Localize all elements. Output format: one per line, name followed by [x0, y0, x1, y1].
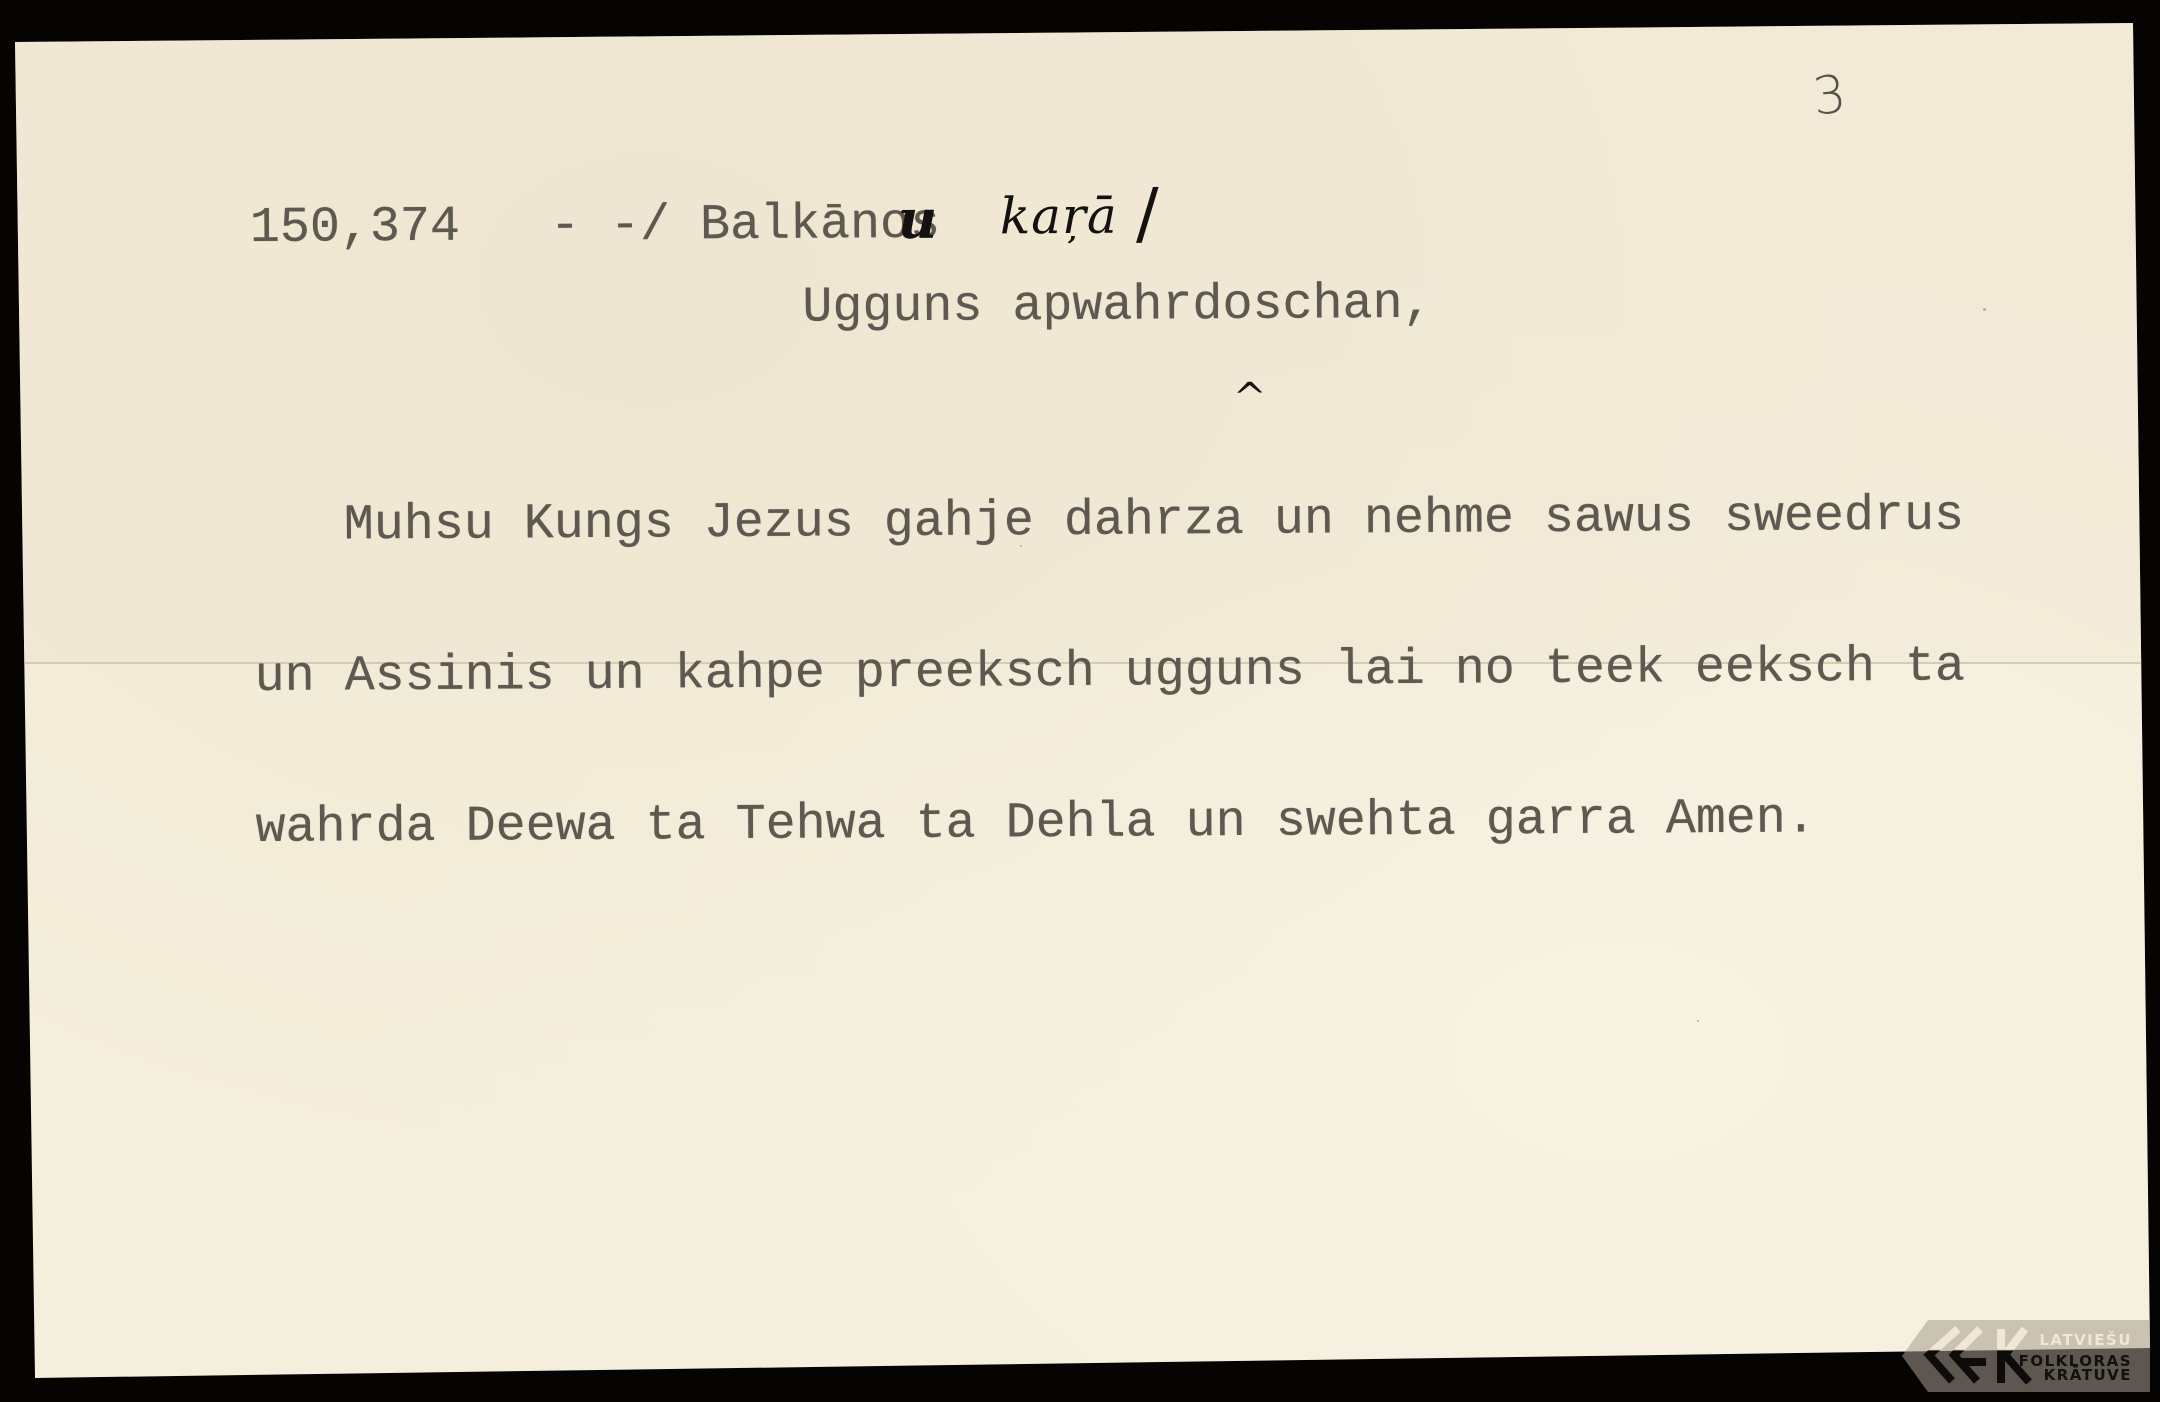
- folklore-archive-logo: LATVIEŠU FOLKLORAS KRĀTUVE: [1895, 1315, 2160, 1400]
- handwritten-correction: u: [898, 192, 938, 246]
- archive-card: 3 150,374 - -/ Balkānos u kaŗā / Ugguns …: [0, 0, 2160, 1402]
- card-body: Muhsu Kungs Jezus gahje dahrza un nehme …: [253, 391, 1967, 954]
- card-text-layer: 150,374 - -/ Balkānos u kaŗā / Ugguns ap…: [0, 0, 2160, 1402]
- logo-line-latviesu: LATVIEŠU: [2039, 1333, 2132, 1348]
- card-title: Ugguns apwahrdoschan,: [802, 280, 1432, 334]
- handwritten-circumflex: ^: [1233, 378, 1267, 418]
- handwritten-addition: kaŗā: [1000, 189, 1118, 244]
- body-line: un Assinis un kahpe preeksch ugguns lai …: [255, 642, 1966, 703]
- body-line: wahrda Deewa ta Tehwa ta Dehla un swehta…: [255, 793, 1966, 854]
- card-header: 150,374 - -/ Balkānos: [250, 200, 940, 254]
- header-separator: - -/: [550, 197, 670, 255]
- handwritten-slash: /: [1136, 180, 1159, 248]
- catalog-number: 150,374: [250, 199, 460, 257]
- body-line: Muhsu Kungs Jezus gahje dahrza un nehme …: [254, 491, 1965, 552]
- logo-line-kratuve: KRĀTUVE: [2044, 1368, 2132, 1383]
